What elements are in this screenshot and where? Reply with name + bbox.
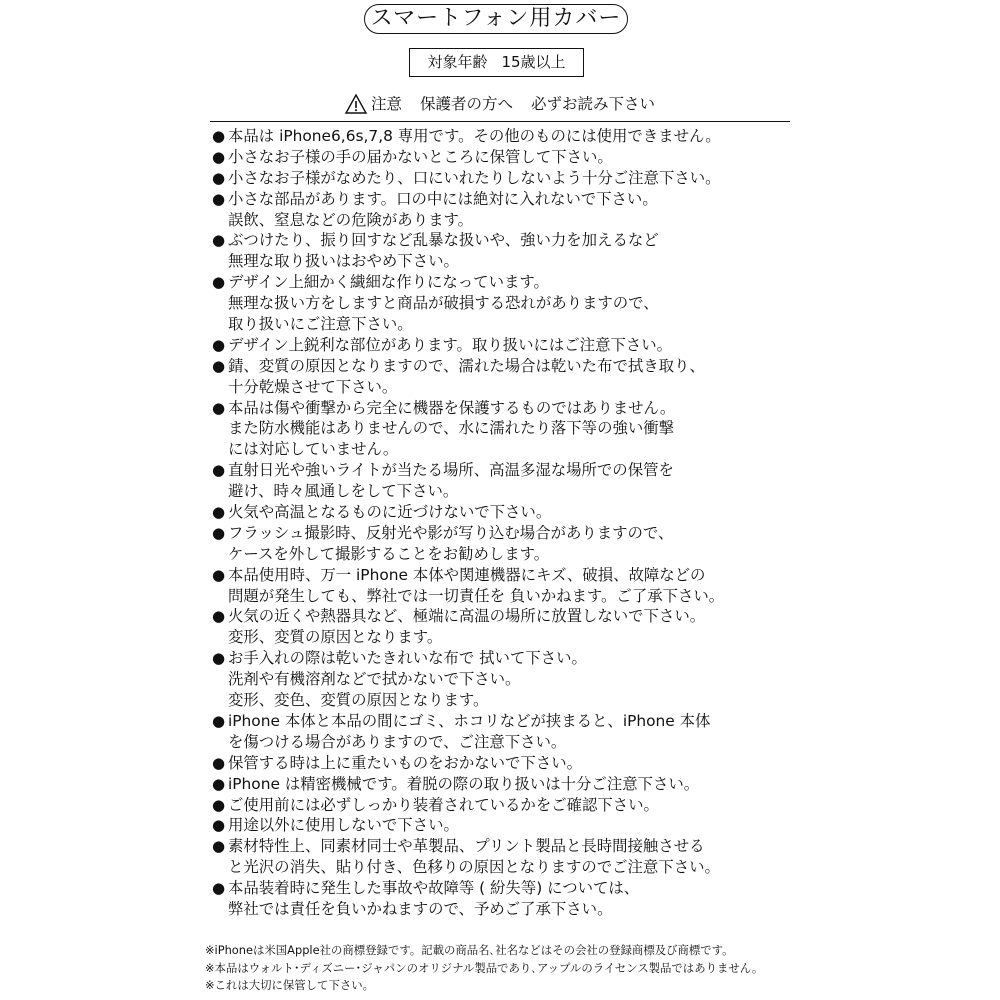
caution-text: 洗剤や有機溶剤などで拭かないで下さい。	[228, 670, 520, 688]
caution-text: 火気や高温となるものに近づけないで下さい。	[228, 503, 551, 521]
bullet-icon: ●	[212, 502, 228, 523]
caution-text: 十分乾燥させて下さい。	[228, 378, 397, 396]
warning-header: 注意 保護者の方へ 必ずお読み下さい	[210, 92, 790, 122]
caution-text: 小さなお子様の手の届かないところに保管して下さい。	[228, 148, 613, 166]
caution-text: フラッシュ撮影時、反射光や影が写り込む場合がありますので、	[228, 524, 673, 542]
target-age-label: 対象年齢	[427, 55, 487, 70]
caution-item: ●フラッシュ撮影時、反射光や影が写り込む場合がありますので、	[212, 523, 812, 544]
caution-text: 誤飲、窒息などの危険があります。	[228, 211, 473, 229]
caution-text: 小さな部品があります。口の中には絶対に入れないで下さい。	[228, 190, 658, 208]
caution-text: 用途以外に使用しないで下さい。	[228, 816, 459, 834]
caution-item-continuation: 取り扱いにご注意下さい。	[212, 314, 812, 335]
caution-item: ●小さなお子様がなめたり、口にいれたりしないよう十分ご注意下さい。	[212, 168, 812, 189]
caution-item: ●直射日光や強いライトが当たる場所、高温多湿な場所での保管を	[212, 460, 812, 481]
caution-text: 火気の近くや熱器具など、極端に高温の場所に放置しないで下さい。	[228, 607, 705, 625]
caution-item-continuation: を傷つける場合がありますので、ご注意下さい。	[212, 732, 812, 753]
bullet-icon: ●	[212, 523, 228, 544]
caution-item: ●小さな部品があります。口の中には絶対に入れないで下さい。	[212, 189, 812, 210]
caution-text: を傷つける場合がありますので、ご注意下さい。	[228, 733, 566, 751]
caution-text: iPhone 本体と本品の間にゴミ、ホコリなどが挟まると、iPhone 本体	[228, 712, 710, 730]
bullet-icon: ●	[212, 795, 228, 816]
caution-item: ●お手入れの際は乾いたきれいな布で 拭いて下さい。	[212, 648, 812, 669]
caution-text: お手入れの際は乾いたきれいな布で 拭いて下さい。	[228, 649, 587, 667]
bullet-icon: ●	[212, 398, 228, 419]
caution-item: ●火気の近くや熱器具など、極端に高温の場所に放置しないで下さい。	[212, 606, 812, 627]
caution-item: ●ぶつけたり、振り回すなど乱暴な扱いや、強い力を加えるなど	[212, 230, 812, 251]
warning-to-guardians: 保護者の方へ	[420, 92, 513, 116]
caution-item: ●本品は傷や衝撃から完全に機器を保護するものではありません。	[212, 398, 812, 419]
caution-text: 本品使用時、万一 iPhone 本体や関連機器にキズ、破損、故障などの	[228, 566, 705, 584]
caution-item: ●iPhone は精密機械です。着脱の際の取り扱いは十分ご注意下さい。	[212, 774, 812, 795]
caution-item: ●本品使用時、万一 iPhone 本体や関連機器にキズ、破損、故障などの	[212, 565, 812, 586]
caution-text: 変形、変質の原因となります。	[228, 628, 442, 646]
caution-text: 本品装着時に発生した事故や故障等 ( 紛失等) については、	[228, 879, 639, 897]
bullet-icon: ●	[212, 168, 228, 189]
bullet-icon: ●	[212, 126, 228, 147]
caution-text: 本品は傷や衝撃から完全に機器を保護するものではありません。	[228, 399, 675, 417]
caution-item: ●ご使用前には必ずしっかり装着されているかをご確認下さい。	[212, 795, 812, 816]
caution-text: デザイン上鋭利な部位があります。取り扱いにはご注意下さい。	[228, 336, 672, 354]
caution-item-continuation: 避け、時々風通しをして下さい。	[212, 481, 812, 502]
bullet-icon: ●	[212, 356, 228, 377]
caution-text: 素材特性上、同素材同士や革製品、プリント製品と長時間接触させる	[228, 837, 705, 855]
caution-item: ●火気や高温となるものに近づけないで下さい。	[212, 502, 812, 523]
caution-text: また防水機能はありませんので、水に濡れたり落下等の強い衝撃	[228, 419, 674, 437]
bullet-icon: ●	[212, 335, 228, 356]
warning-caution: 注意	[371, 92, 402, 116]
caution-text: 取り扱いにご注意下さい。	[228, 315, 413, 333]
caution-item-continuation: 十分乾燥させて下さい。	[212, 377, 812, 398]
footnote-license: ※本品はウォルト･ディズニー･ジャパンのオリジナル製品であり､アップルのライセン…	[205, 960, 825, 978]
caution-text: 本品は iPhone6,6s,7,8 専用です。その他のものには使用できません。	[228, 127, 721, 145]
caution-list: ●本品は iPhone6,6s,7,8 専用です。その他のものには使用できません…	[212, 126, 812, 920]
caution-text: 避け、時々風通しをして下さい。	[228, 482, 458, 500]
bullet-icon: ●	[212, 711, 228, 732]
caution-item: ●本品は iPhone6,6s,7,8 専用です。その他のものには使用できません…	[212, 126, 812, 147]
caution-item: ●小さなお子様の手の届かないところに保管して下さい。	[212, 147, 812, 168]
caution-item-continuation: 変形、変質の原因となります。	[212, 627, 812, 648]
caution-item: ●用途以外に使用しないで下さい。	[212, 815, 812, 836]
caution-text: 保管する時は上に重たいものをおかないで下さい。	[228, 754, 582, 772]
product-title: スマートフォン用カバー	[364, 4, 628, 34]
caution-item: ●錆、変質の原因となりますので、濡れた場合は乾いた布で拭き取り、	[212, 356, 812, 377]
bullet-icon: ●	[212, 230, 228, 251]
warning-triangle-icon	[345, 94, 367, 114]
caution-text: 小さなお子様がなめたり、口にいれたりしないよう十分ご注意下さい。	[228, 169, 721, 187]
bullet-icon: ●	[212, 878, 228, 899]
caution-text: には対応していません。	[228, 440, 398, 458]
caution-item-continuation: 誤飲、窒息などの危険があります。	[212, 210, 812, 231]
caution-item-continuation: 問題が発生しても、弊社では一切責任を 負いかねます。ご了承下さい。	[212, 586, 812, 607]
caution-item: ●デザイン上細かく繊細な作りになっています。	[212, 272, 812, 293]
caution-item: ●保管する時は上に重たいものをおかないで下さい。	[212, 753, 812, 774]
caution-item-continuation: 変形、変色、変質の原因となります。	[212, 690, 812, 711]
bullet-icon: ●	[212, 147, 228, 168]
target-age-value: 15歳以上	[501, 55, 565, 70]
footnote-trademark: ※iPhoneは米国Apple社の商標登録です。記載の商品名､社名などはその会社…	[205, 942, 825, 960]
caution-text: 無理な取り扱いはおやめ下さい。	[228, 252, 459, 270]
product-title-text: スマートフォン用カバー	[371, 8, 622, 30]
caution-item: ●iPhone 本体と本品の間にゴミ、ホコリなどが挟まると、iPhone 本体	[212, 711, 812, 732]
caution-text: 問題が発生しても、弊社では一切責任を 負いかねます。ご了承下さい。	[228, 587, 724, 605]
bullet-icon: ●	[212, 189, 228, 210]
caution-item-continuation: と光沢の消失、貼り付き、色移りの原因となりますのでご注意下さい。	[212, 857, 812, 878]
warning-must-read: 必ずお読み下さい	[531, 92, 655, 116]
caution-text: 弊社では責任を負いかねますので、予めご了承下さい。	[228, 900, 612, 918]
caution-text: ご使用前には必ずしっかり装着されているかをご確認下さい。	[228, 796, 659, 814]
caution-item-continuation: 弊社では責任を負いかねますので、予めご了承下さい。	[212, 899, 812, 920]
caution-item-continuation: ケースを外して撮影することをお勧めします。	[212, 544, 812, 565]
bullet-icon: ●	[212, 774, 228, 795]
bullet-icon: ●	[212, 753, 228, 774]
bullet-icon: ●	[212, 565, 228, 586]
bullet-icon: ●	[212, 606, 228, 627]
caution-text: ぶつけたり、振り回すなど乱暴な扱いや、強い力を加えるなど	[228, 231, 659, 249]
footnotes: ※iPhoneは米国Apple社の商標登録です。記載の商品名､社名などはその会社…	[205, 942, 825, 995]
caution-item: ●デザイン上鋭利な部位があります。取り扱いにはご注意下さい。	[212, 335, 812, 356]
caution-text: 錆、変質の原因となりますので、濡れた場合は乾いた布で拭き取り、	[228, 357, 705, 375]
bullet-icon: ●	[212, 460, 228, 481]
caution-item-continuation: には対応していません。	[212, 439, 812, 460]
caution-item-continuation: 洗剤や有機溶剤などで拭かないで下さい。	[212, 669, 812, 690]
bullet-icon: ●	[212, 648, 228, 669]
caution-text: デザイン上細かく繊細な作りになっています。	[228, 273, 549, 291]
caution-item-continuation: 無理な扱い方をしますと商品が破損する恐れがありますので、	[212, 293, 812, 314]
caution-item-continuation: また防水機能はありませんので、水に濡れたり落下等の強い衝撃	[212, 418, 812, 439]
caution-text: 変形、変色、変質の原因となります。	[228, 691, 488, 709]
bullet-icon: ●	[212, 836, 228, 857]
caution-text: iPhone は精密機械です。着脱の際の取り扱いは十分ご注意下さい。	[228, 775, 699, 793]
target-age-box: 対象年齢 15歳以上	[409, 48, 584, 77]
footnote-keep: ※これは大切に保管して下さい。	[205, 977, 825, 995]
caution-item-continuation: 無理な取り扱いはおやめ下さい。	[212, 251, 812, 272]
caution-item: ●本品装着時に発生した事故や故障等 ( 紛失等) については、	[212, 878, 812, 899]
caution-text: と光沢の消失、貼り付き、色移りの原因となりますのでご注意下さい。	[228, 858, 720, 876]
bullet-icon: ●	[212, 815, 228, 836]
caution-text: 無理な扱い方をしますと商品が破損する恐れがありますので、	[228, 294, 659, 312]
caution-text: 直射日光や強いライトが当たる場所、高温多湿な場所での保管を	[228, 461, 674, 479]
caution-text: ケースを外して撮影することをお勧めします。	[228, 545, 549, 563]
bullet-icon: ●	[212, 272, 228, 293]
caution-item: ●素材特性上、同素材同士や革製品、プリント製品と長時間接触させる	[212, 836, 812, 857]
